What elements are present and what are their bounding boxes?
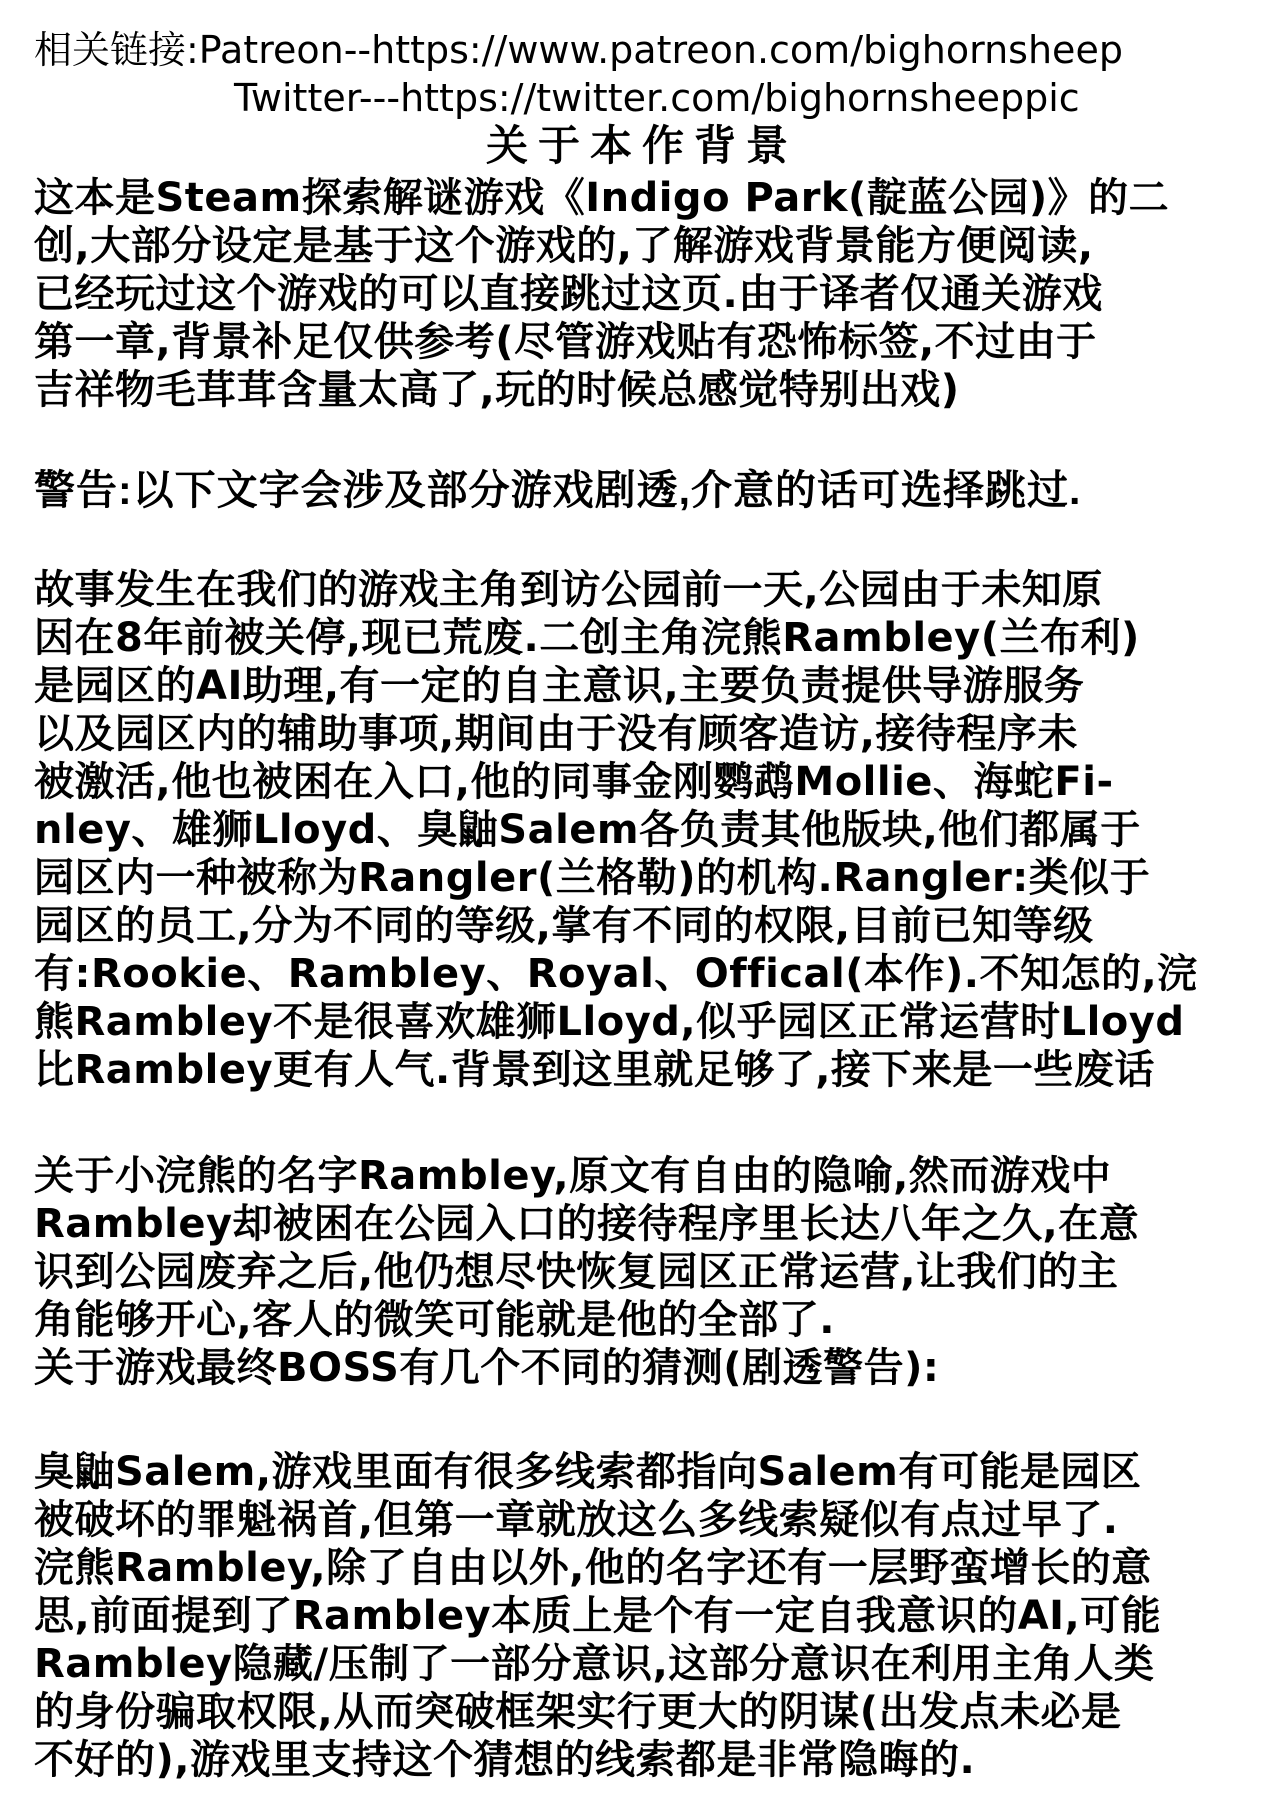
twitter-link-text: Twitter---https://twitter.com/bighornshe… (234, 74, 1250, 122)
background-story-paragraph: 故事发生在我们的游戏主角到访公园前一天,公园由于未知原 因在8年前被关停,现已荒… (34, 566, 1250, 1094)
text-line: 熊Rambley不是很喜欢雄狮Lloyd,似乎园区正常运营时Lloyd (34, 998, 1250, 1046)
text-line: 的身份骗取权限,从而突破框架实行更大的阴谋(出发点未必是 (34, 1688, 1250, 1736)
text-line: 比Rambley更有人气.背景到这里就足够了,接下来是一些废话 (34, 1046, 1250, 1094)
text-line: 识到公园废弃之后,他仍想尽快恢复园区正常运营,让我们的主 (34, 1248, 1250, 1296)
text-line: 有:Rookie、Rambley、Royal、Offical(本作).不知怎的,… (34, 950, 1250, 998)
text-line: 不好的),游戏里支持这个猜想的线索都是非常隐晦的. (34, 1736, 1250, 1784)
page-title: 关于本作背景 (34, 122, 1250, 170)
text-line: nley、雄狮Lloyd、臭鼬Salem各负责其他版块,他们都属于 (34, 806, 1250, 854)
page-content: 相关链接:Patreon--https://www.patreon.com/bi… (0, 0, 1280, 1784)
text-line: 第一章,背景补足仅供参考(尽管游戏贴有恐怖标签,不过由于 (34, 318, 1250, 366)
text-line: 思,前面提到了Rambley本质上是个有一定自我意识的AI,可能 (34, 1592, 1250, 1640)
intro-paragraph: 这本是Steam探索解谜游戏《Indigo Park(靛蓝公园)》的二 创,大部… (34, 174, 1250, 414)
text-line: 被破坏的罪魁祸首,但第一章就放这么多线索疑似有点过早了. (34, 1496, 1250, 1544)
text-line: 是园区的AI助理,有一定的自主意识,主要负责提供导游服务 (34, 662, 1250, 710)
text-line: 浣熊Rambley,除了自由以外,他的名字还有一层野蛮增长的意 (34, 1544, 1250, 1592)
translator-notes-page: 相关链接:Patreon--https://www.patreon.com/bi… (0, 0, 1280, 1816)
text-line: 园区的员工,分为不同的等级,掌有不同的权限,目前已知等级 (34, 902, 1250, 950)
text-line: 关于游戏最终BOSS有几个不同的猜测(剧透警告): (34, 1344, 1250, 1392)
text-line: 故事发生在我们的游戏主角到访公园前一天,公园由于未知原 (34, 566, 1250, 614)
text-line: 关于小浣熊的名字Rambley,原文有自由的隐喻,然而游戏中 (34, 1152, 1250, 1200)
text-line: 园区内一种被称为Rangler(兰格勒)的机构.Rangler:类似于 (34, 854, 1250, 902)
text-line: 吉祥物毛茸茸含量太高了,玩的时候总感觉特别出戏) (34, 366, 1250, 414)
rambley-name-paragraph: 关于小浣熊的名字Rambley,原文有自由的隐喻,然而游戏中 Rambley却被… (34, 1152, 1250, 1392)
text-line: Rambley隐藏/压制了一部分意识,这部分意识在利用主角人类 (34, 1640, 1250, 1688)
text-line: 角能够开心,客人的微笑可能就是他的全部了. (34, 1296, 1250, 1344)
text-line: 被激活,他也被困在入口,他的同事金刚鹦鹉Mollie、海蛇Fi- (34, 758, 1250, 806)
text-line: 臭鼬Salem,游戏里面有很多线索都指向Salem有可能是园区 (34, 1448, 1250, 1496)
related-links-header: 相关链接:Patreon--https://www.patreon.com/bi… (34, 26, 1250, 170)
text-line: Rambley却被困在公园入口的接待程序里长达八年之久,在意 (34, 1200, 1250, 1248)
text-line: 以及园区内的辅助事项,期间由于没有顾客造访,接待程序未 (34, 710, 1250, 758)
text-line: 已经玩过这个游戏的可以直接跳过这页.由于译者仅通关游戏 (34, 270, 1250, 318)
text-line: 创,大部分设定是基于这个游戏的,了解游戏背景能方便阅读, (34, 222, 1250, 270)
text-line: 因在8年前被关停,现已荒废.二创主角浣熊Rambley(兰布利) (34, 614, 1250, 662)
text-line: 这本是Steam探索解谜游戏《Indigo Park(靛蓝公园)》的二 (34, 174, 1250, 222)
spoiler-warning: 警告:以下文字会涉及部分游戏剧透,介意的话可选择跳过. (34, 466, 1250, 514)
boss-theories-paragraph: 臭鼬Salem,游戏里面有很多线索都指向Salem有可能是园区 被破坏的罪魁祸首… (34, 1448, 1250, 1784)
patreon-link-text: 相关链接:Patreon--https://www.patreon.com/bi… (34, 26, 1250, 74)
